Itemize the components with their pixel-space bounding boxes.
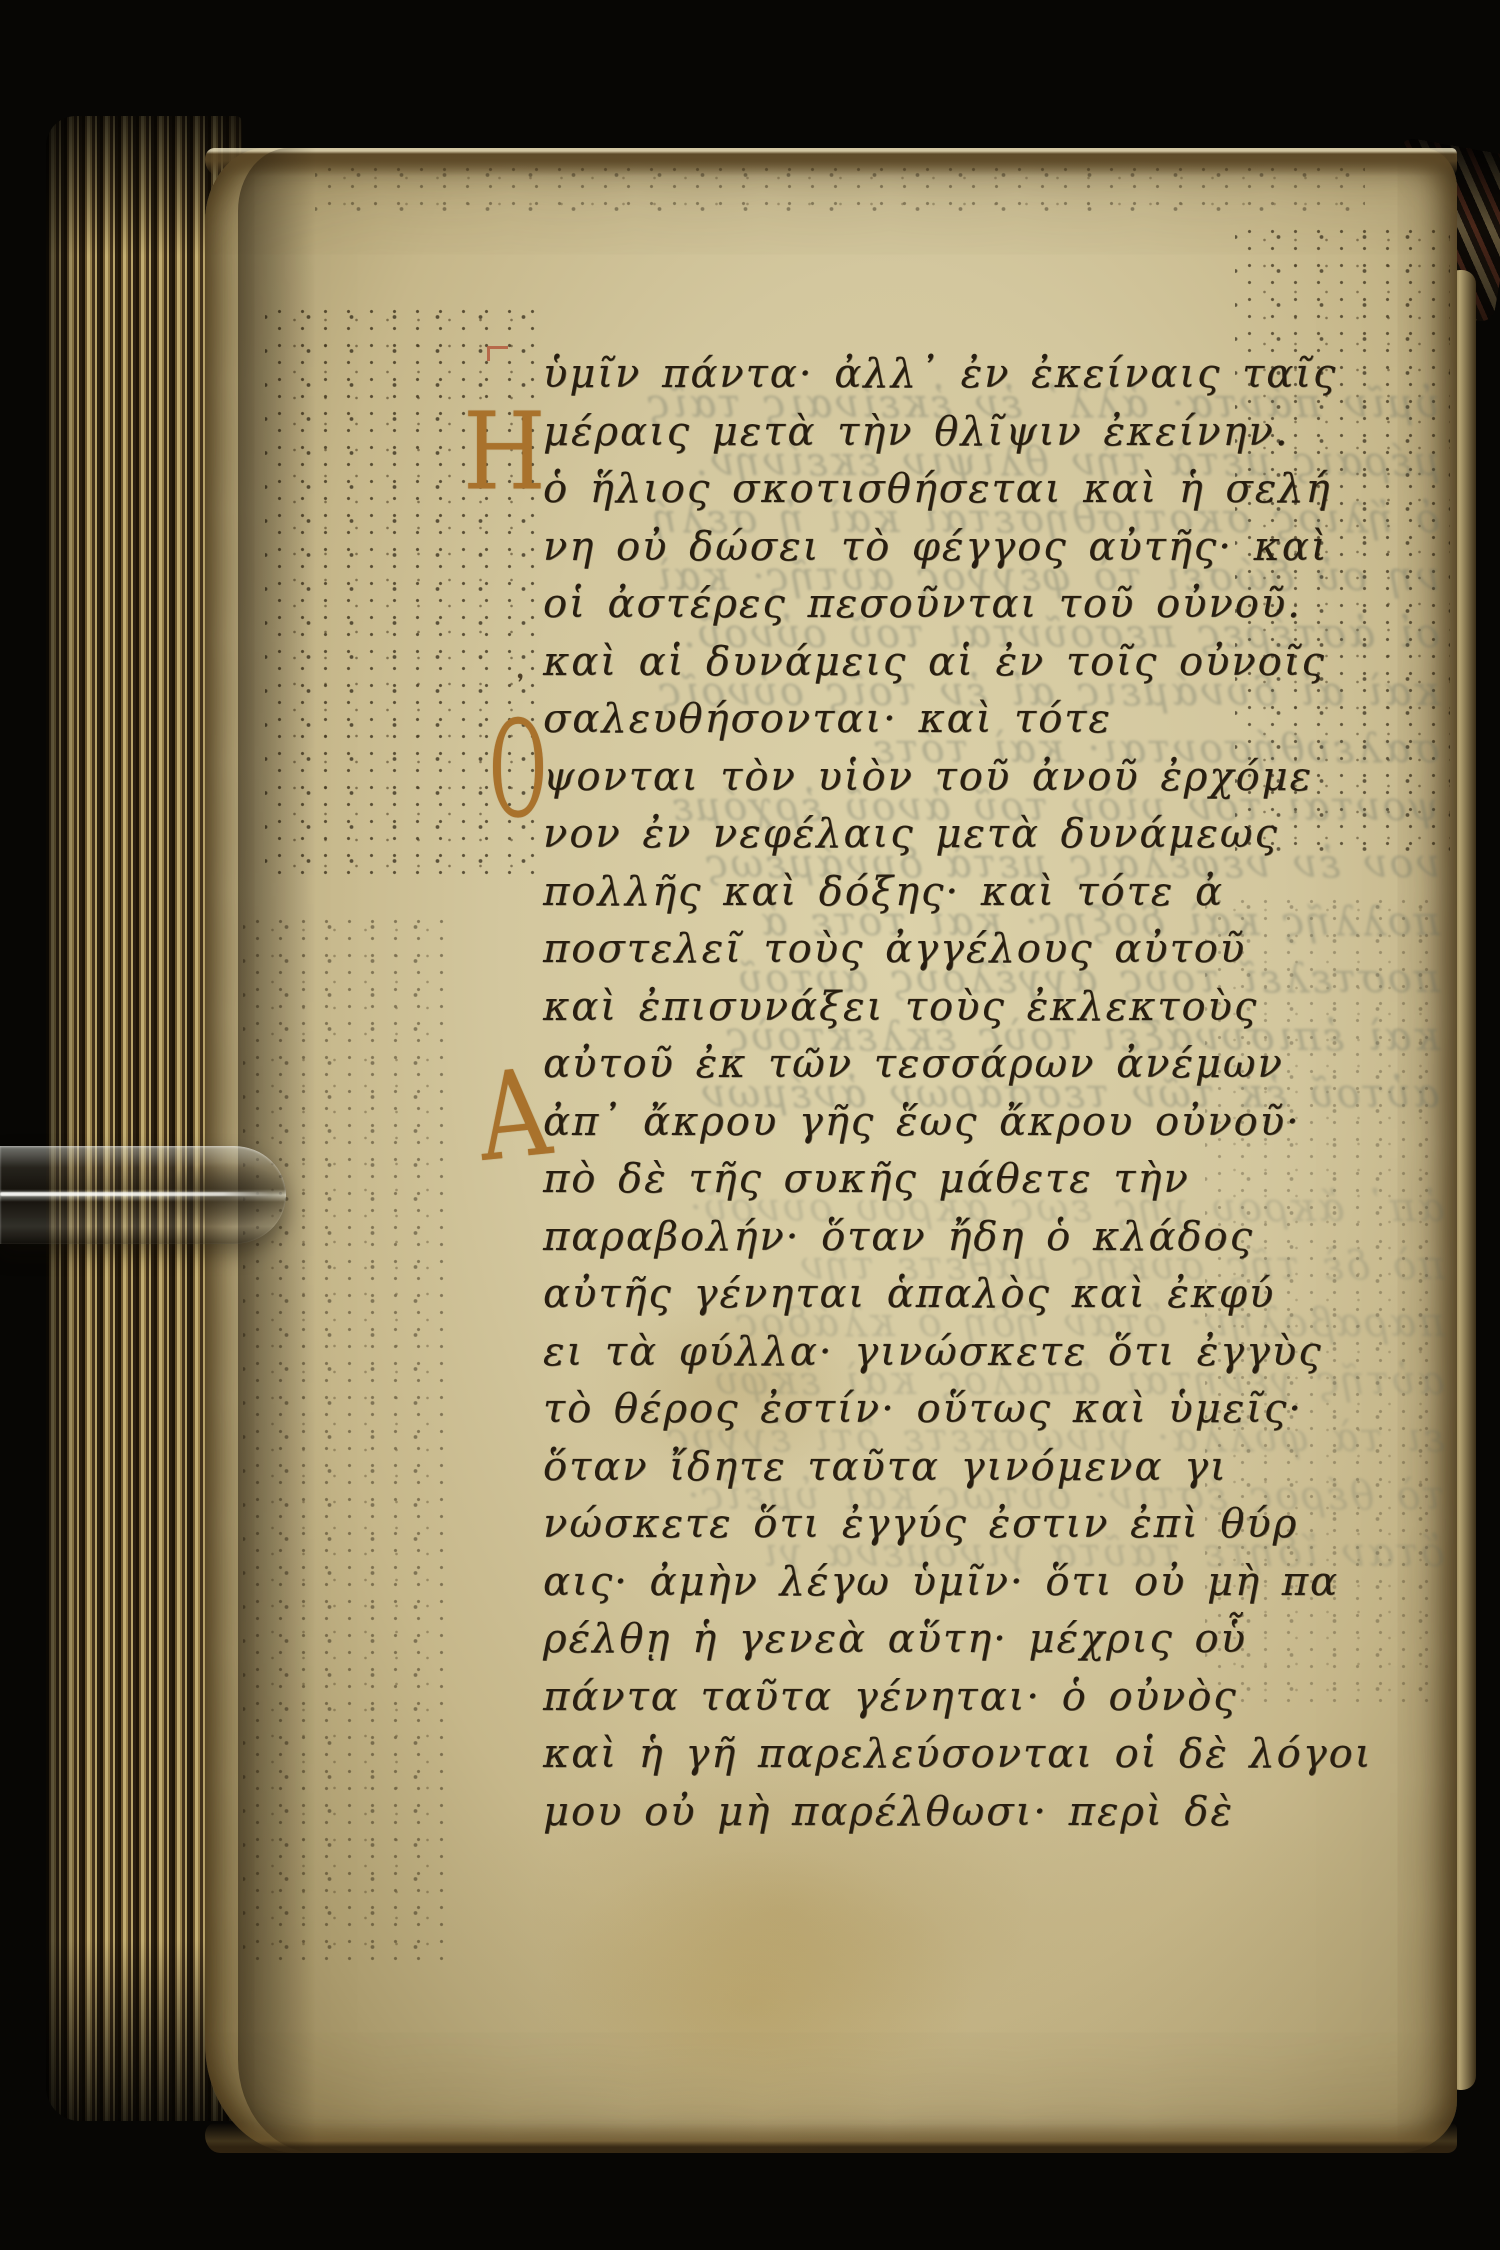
parchment-page: ὑμῖν πάντα· ἀλλ᾽ ἐν ἐκείναις ταῖς μέραις…: [205, 148, 1457, 2153]
initial-eta: Η: [463, 400, 546, 506]
text-line: ὑμῖν πάντα· ἀλλ᾽ ἐν ἐκείναις ταῖς: [543, 346, 1468, 404]
text-line: ψονται τὸν υἱὸν τοῦ ἀνοῦ ἐρχόμε: [543, 749, 1468, 807]
text-line: οἱ ἀστέρες πεσοῦνται τοῦ οὐνοῦ.: [543, 576, 1468, 634]
rod-highlight: [0, 1192, 272, 1196]
text-line: καὶ ἡ γῆ παρελεύσονται οἱ δὲ λόγοι: [543, 1726, 1468, 1784]
text-line: ὁ ἥλιος σκοτισθήσεται καὶ ἡ σελή: [543, 461, 1468, 519]
text-line: νον ἐν νεφέλαις μετὰ δυνάμεως: [543, 806, 1468, 864]
text-line: πὸ δὲ τῆς συκῆς μάθετε τὴν: [543, 1151, 1468, 1209]
text-line: ποστελεῖ τοὺς ἀγγέλους αὐτοῦ: [543, 921, 1468, 979]
stain: [535, 1848, 975, 2158]
text-line: καὶ αἱ δυνάμεις αἱ ἐν τοῖς οὐνοῖς: [543, 634, 1468, 692]
speckle-cluster: [315, 156, 1365, 211]
text-line: νη οὐ δώσει τὸ φέγγος αὐτῆς· καὶ: [543, 519, 1468, 577]
text-block: ὑμῖν πάντα· ἀλλ᾽ ἐν ἐκείναις ταῖς μέραις…: [543, 346, 1468, 1841]
text-line: αις· ἀμὴν λέγω ὑμῖν· ὅτι οὐ μὴ πα: [543, 1554, 1468, 1612]
glass-weight-rod: [0, 1146, 286, 1244]
text-line: παραβολήν· ὅταν ἤδη ὁ κλάδος: [543, 1209, 1468, 1267]
text-line: ει τὰ φύλλα· γινώσκετε ὅτι ἐγγὺς: [543, 1324, 1468, 1382]
initial-alpha: Α: [472, 1053, 555, 1180]
text-line: ἀπ᾽ ἄκρου γῆς ἕως ἄκρου οὐνοῦ·: [543, 1094, 1468, 1152]
initial-omicron: Ο: [489, 704, 547, 837]
marginal-mark: [487, 346, 508, 361]
text-line: πάντα ταῦτα γένηται· ὁ οὐνὸς: [543, 1669, 1468, 1727]
photo-scene: ὑμῖν πάντα· ἀλλ᾽ ἐν ἐκείναις ταῖς μέραις…: [0, 0, 1500, 2250]
text-line: μέραις μετὰ τὴν θλῖψιν ἐκείνην.: [543, 404, 1468, 462]
text-line: αὐτοῦ ἐκ τῶν τεσσάρων ἀνέμων: [543, 1036, 1468, 1094]
text-line: καὶ ἐπισυνάξει τοὺς ἐκλεκτοὺς: [543, 979, 1468, 1037]
text-line: νώσκετε ὅτι ἐγγύς ἐστιν ἐπὶ θύρ: [543, 1496, 1468, 1554]
text-line: σαλευθήσονται· καὶ τότε: [543, 691, 1468, 749]
text-line: αὐτῆς γένηται ἁπαλὸς καὶ ἐκφύ: [543, 1266, 1468, 1324]
text-line: ὅταν ἴδητε ταῦτα γινόμενα γι: [543, 1439, 1468, 1497]
breathing-mark: ᾽: [511, 672, 529, 713]
text-line: μου οὐ μὴ παρέλθωσι· περὶ δὲ: [543, 1784, 1468, 1842]
text-line: πολλῆς καὶ δόξης· καὶ τότε ἀ: [543, 864, 1468, 922]
text-line: τὸ θέρος ἐστίν· οὕτως καὶ ὑμεῖς·: [543, 1381, 1468, 1439]
text-line: ρέλθῃ ἡ γενεὰ αὕτη· μέχρις οὗ: [543, 1611, 1468, 1669]
